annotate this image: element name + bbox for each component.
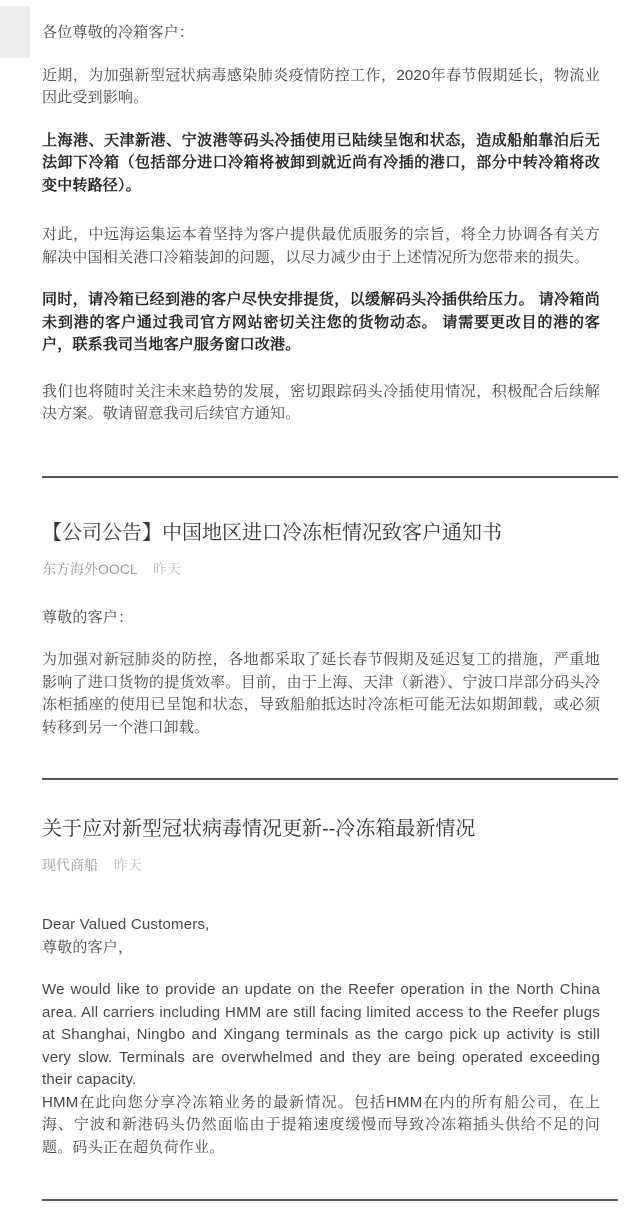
paragraph-bold: 同时，请冷箱已经到港的客户尽快安排提货，以缓解码头冷插供给压力。 请冷箱尚未到港… bbox=[42, 289, 600, 357]
salutation: 各位尊敬的冷箱客户： bbox=[42, 22, 600, 45]
paragraph-zh: HMM在此向您分享冷冻箱业务的最新情况。包括HMM在内的所有船公司，在上海、宁波… bbox=[42, 1092, 600, 1160]
notice-article-cosco: 各位尊敬的冷箱客户： 近期，为加强新型冠状病毒感染肺炎疫情防控工作，2020年春… bbox=[42, 22, 600, 426]
paragraph-bold: 上海港、天津新港、宁波港等码头冷插使用已陆续呈饱和状态，造成船舶靠泊后无法卸下冷… bbox=[42, 130, 600, 198]
section-divider bbox=[42, 476, 618, 478]
notice-article-oocl: 【公司公告】中国地区进口冷冻柜情况致客户通知书 东方海外OOCL 昨天 尊敬的客… bbox=[42, 519, 600, 740]
article-title[interactable]: 【公司公告】中国地区进口冷冻柜情况致客户通知书 bbox=[42, 519, 600, 547]
article-time: 昨天 bbox=[153, 561, 181, 577]
salutation: 尊敬的客户： bbox=[42, 607, 600, 630]
salutation-zh: 尊敬的客户， bbox=[42, 937, 600, 960]
notice-article-hmm: 关于应对新型冠状病毒情况更新--冷冻箱最新情况 现代商船 昨天 Dear Val… bbox=[42, 815, 600, 1159]
paragraph-block: We would like to provide an update on th… bbox=[42, 979, 600, 1159]
article-time: 昨天 bbox=[114, 857, 142, 873]
byline: 东方海外OOCL 昨天 bbox=[42, 559, 600, 579]
page-content: 各位尊敬的冷箱客户： 近期，为加强新型冠状病毒感染肺炎疫情防控工作，2020年春… bbox=[0, 0, 640, 1201]
paragraph: 对此，中远海运集运本着坚持为客户提供最优质服务的宗旨，将全力协调各有关方解决中国… bbox=[42, 224, 600, 269]
article-title[interactable]: 关于应对新型冠状病毒情况更新--冷冻箱最新情况 bbox=[42, 815, 600, 843]
article-author[interactable]: 东方海外OOCL bbox=[42, 561, 137, 577]
paragraph: 近期，为加强新型冠状病毒感染肺炎疫情防控工作，2020年春节假期延长，物流业因此… bbox=[42, 65, 600, 110]
paragraph: 我们也将随时关注未来趋势的发展，密切跟踪码头冷插使用情况，积极配合后续解决方案。… bbox=[42, 381, 600, 426]
byline: 现代商船 昨天 bbox=[42, 855, 600, 875]
salutation-block: Dear Valued Customers, 尊敬的客户， bbox=[42, 914, 600, 959]
paragraph-en: We would like to provide an update on th… bbox=[42, 979, 600, 1092]
section-divider bbox=[42, 1199, 618, 1201]
paragraph: 为加强对新冠肺炎的防控，各地都采取了延长春节假期及延迟复工的措施，严重地影响了进… bbox=[42, 649, 600, 739]
announcement-page: 各位尊敬的冷箱客户： 近期，为加强新型冠状病毒感染肺炎疫情防控工作，2020年春… bbox=[0, 0, 640, 1216]
salutation-en: Dear Valued Customers, bbox=[42, 914, 600, 937]
corner-placeholder bbox=[0, 6, 30, 58]
article-author[interactable]: 现代商船 bbox=[42, 857, 98, 873]
section-divider bbox=[42, 778, 618, 780]
